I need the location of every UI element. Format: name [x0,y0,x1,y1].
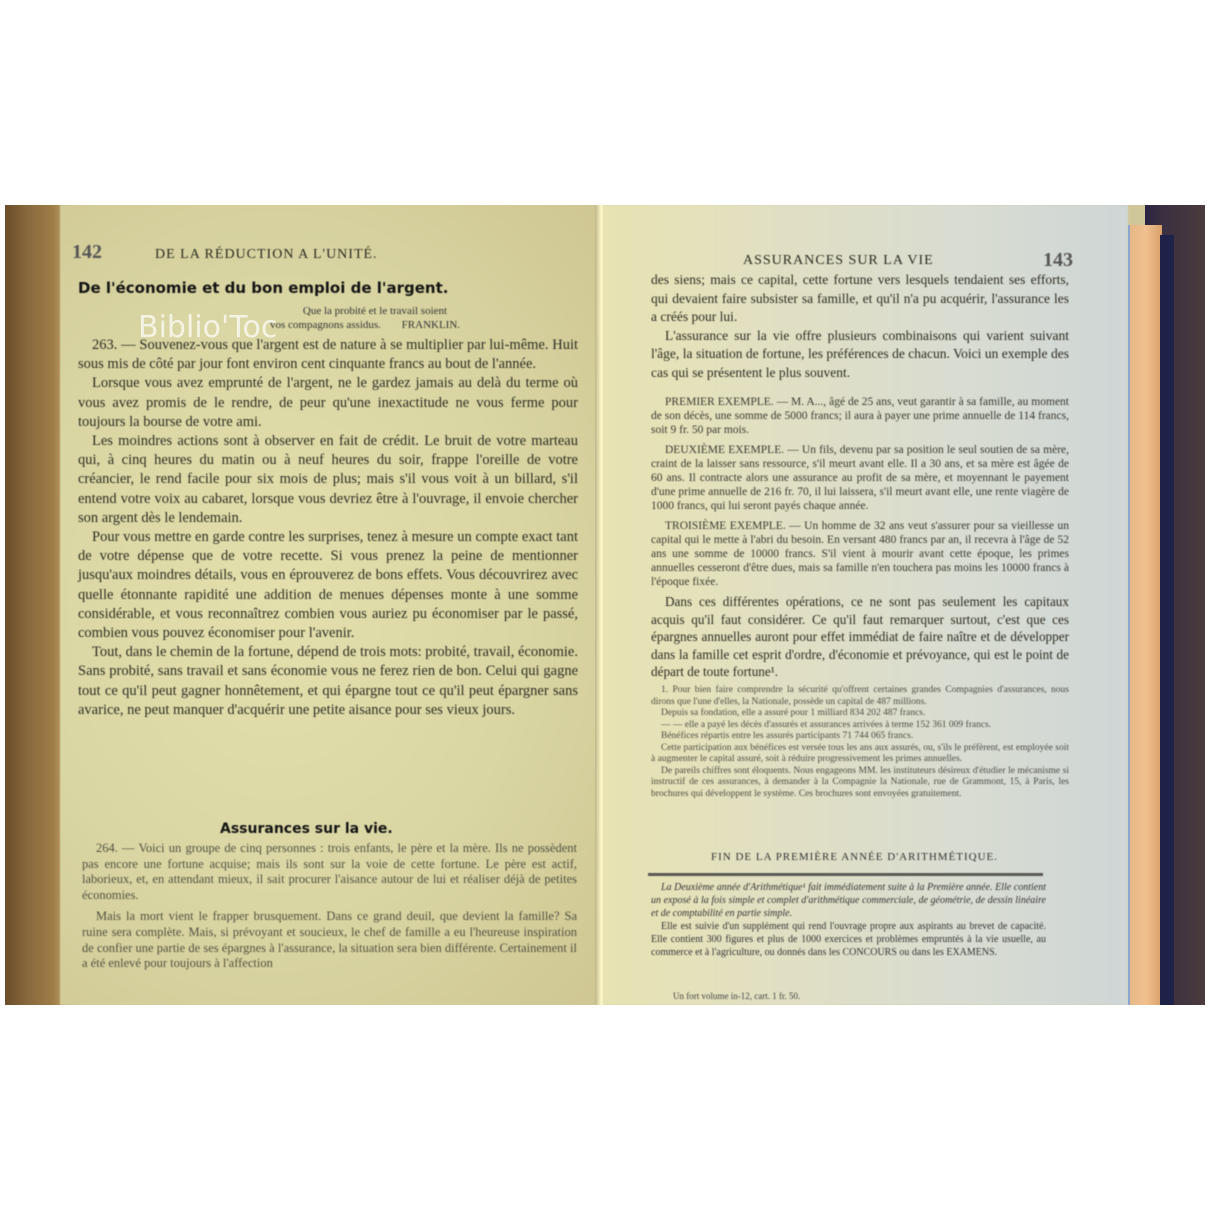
footnote-line: Cette participation aux bénéfices est ve… [651,743,1069,766]
epigraph-line-2-row: vos compagnons assidus. FRANKLIN. [270,319,560,332]
epigraph: Que la probité et le travail soient [275,305,475,318]
left-page-number: 142 [72,241,102,264]
advert-paragraph: La Deuxième année d'Arithmétique¹ fait i… [651,881,1046,920]
footnote-line: — — elle a payé les décès d'assurés et a… [651,720,1069,732]
example-2: DEUXIÈME EXEMPLE. — Un fils, devenu par … [651,443,1069,513]
paragraph: L'assurance sur la vie offre plusieurs c… [651,327,1069,383]
right-running-head: ASSURANCES SUR LA VIE [743,253,934,269]
paragraph: Lorsque vous avez emprunté de l'argent, … [78,374,578,432]
right-page-number: 143 [1043,249,1073,272]
paragraph: Pour vous mettre en garde contre les sur… [78,528,578,643]
footnote-line: Bénéfices répartis entre les assurés par… [651,731,1069,743]
assurances-text: 264. — Voici un groupe de cinq personnes… [82,841,577,978]
end-of-book-title: FIN DE LA PREMIÈRE ANNÉE D'ARITHMÉTIQUE. [711,851,998,863]
left-running-head: DE LA RÉDUCTION A L'UNITÉ. [155,247,378,263]
paragraph: Tout, dans le chemin de la fortune, dépe… [78,643,578,720]
section-title-assurances: Assurances sur la vie. [220,821,393,837]
footnote: 1. Pour bien faire comprendre la sécurit… [651,685,1069,800]
paragraph: Les moindres actions sont à observer en … [78,432,578,528]
epigraph-line-2: vos compagnons assidus. [270,319,381,331]
continuation-text: des siens; mais ce capital, cette fortun… [651,271,1069,383]
page-edges [1128,225,1162,1005]
example-3: TROISIÈME EXEMPLE. — Un homme de 32 ans … [651,519,1069,589]
divider-rule [648,873,1043,876]
example-1: PREMIER EXEMPLE. — M. A..., âgé de 25 an… [651,395,1069,437]
paragraph: des siens; mais ce capital, cette fortun… [651,271,1069,327]
footnote-line: De pareils chiffres sont éloquents. Nous… [651,766,1069,801]
paragraph: 264. — Voici un groupe de cinq personnes… [82,841,577,903]
cover-edge [1160,235,1174,1005]
epigraph-line-1: Que la probité et le travail soient [275,305,475,318]
section-title-economie: De l'économie et du bon emploi de l'arge… [78,279,448,297]
footnote-line: Depuis sa fondation, elle a assuré pour … [651,708,1069,720]
conclusion-text: Dans ces différentes opérations, ce ne s… [651,593,1069,681]
conclusion-paragraph: Dans ces différentes opérations, ce ne s… [651,593,1069,681]
price-line: Un fort volume in-12, cart. 1 fr. 50. [673,991,800,1001]
economie-text: 263. — Souvenez-vous que l'argent est de… [78,336,578,720]
footnote-line: 1. Pour bien faire comprendre la sécurit… [651,685,1069,708]
paragraph: Mais la mort vient le frapper brusquemen… [82,909,577,971]
epigraph-author: FRANKLIN. [402,319,460,331]
advert-paragraph: Elle est suivie d'un supplément qui rend… [651,920,1046,959]
examples-list: PREMIER EXEMPLE. — M. A..., âgé de 25 an… [651,395,1069,595]
watermark: Biblio'Toc [138,310,277,345]
advertisement: La Deuxième année d'Arithmétique¹ fait i… [651,881,1046,959]
right-page: ASSURANCES SUR LA VIE 143 des siens; mai… [603,205,1128,1005]
